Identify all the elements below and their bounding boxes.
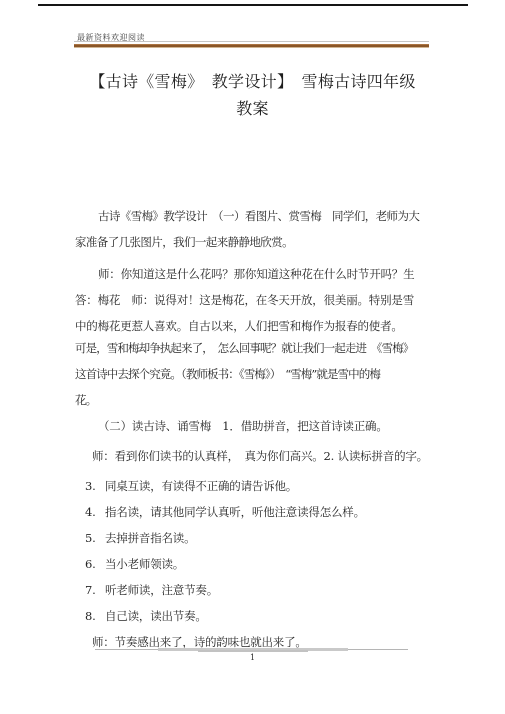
document-body: 古诗《雪梅》教学设计 （一）看图片、赏雪梅 同学们，老师为大 家准备了几张图片，…: [75, 203, 428, 655]
list-item-text: 听老师读，注意节奏。: [105, 577, 428, 603]
header-brown-rule: [74, 41, 429, 48]
document-page: 最新资料欢迎阅读 【古诗《雪梅》 教学设计】 雪梅古诗四年级教案 古诗《雪梅》教…: [0, 0, 505, 714]
paragraph-teacher-praise: 师：看到你们读书的认真样， 真为你们高兴。2. 认读标拼音的字。: [75, 443, 428, 469]
paragraph-teacher-question: 师：你知道这是什么花吗？那你知道这种花在什么时节开吗？生 答：梅花 师：说得对！…: [75, 261, 428, 339]
paragraph-intro: 古诗《雪梅》教学设计 （一）看图片、赏雪梅 同学们，老师为大 家准备了几张图片，…: [75, 203, 428, 255]
list-item: 7. 听老师读，注意节奏。: [75, 577, 428, 603]
list-item-text: 同桌互读，有读得不正确的请告诉他。: [105, 473, 428, 499]
list-item: 8. 自己读，读出节奏。: [75, 603, 428, 629]
document-title-line2: 教案: [236, 99, 269, 118]
list-item: 4. 指名读，请其他同学认真听，听他注意读得怎么样。: [75, 499, 428, 525]
list-item: 6. 当小老师领读。: [75, 551, 428, 577]
paragraph-section-two: （二）读古诗、诵雪梅 1．借助拼音，把这首诗读正确。: [75, 413, 428, 439]
paragraph-lead-in: 可是，雪和梅却争执起来了， 怎么回事呢？就让我们一起走进 《雪梅》 这首诗中去探…: [75, 335, 428, 413]
list-item-number: 4.: [85, 499, 105, 525]
list-item-number: 7.: [85, 577, 105, 603]
list-item-number: 8.: [85, 603, 105, 629]
list-item: 3. 同桌互读，有读得不正确的请告诉他。: [75, 473, 428, 499]
list-item-text: 自己读，读出节奏。: [105, 603, 428, 629]
list-item-text: 当小老师领读。: [105, 551, 428, 577]
list-item-text: 指名读，请其他同学认真听，听他注意读得怎么样。: [105, 499, 428, 525]
list-item-text: 去掉拼音指名读。: [105, 525, 428, 551]
document-title: 【古诗《雪梅》 教学设计】 雪梅古诗四年级教案: [20, 68, 485, 122]
list-item-number: 6.: [85, 551, 105, 577]
list-item: 5. 去掉拼音指名读。: [75, 525, 428, 551]
list-item-number: 5.: [85, 525, 105, 551]
footer-rule-thick-segment-inner: [198, 650, 308, 652]
top-border-rule: [38, 4, 468, 6]
page-number: 1: [0, 653, 505, 663]
list-item-number: 3.: [85, 473, 105, 499]
document-title-line1: 【古诗《雪梅》 教学设计】 雪梅古诗四年级: [89, 72, 415, 91]
